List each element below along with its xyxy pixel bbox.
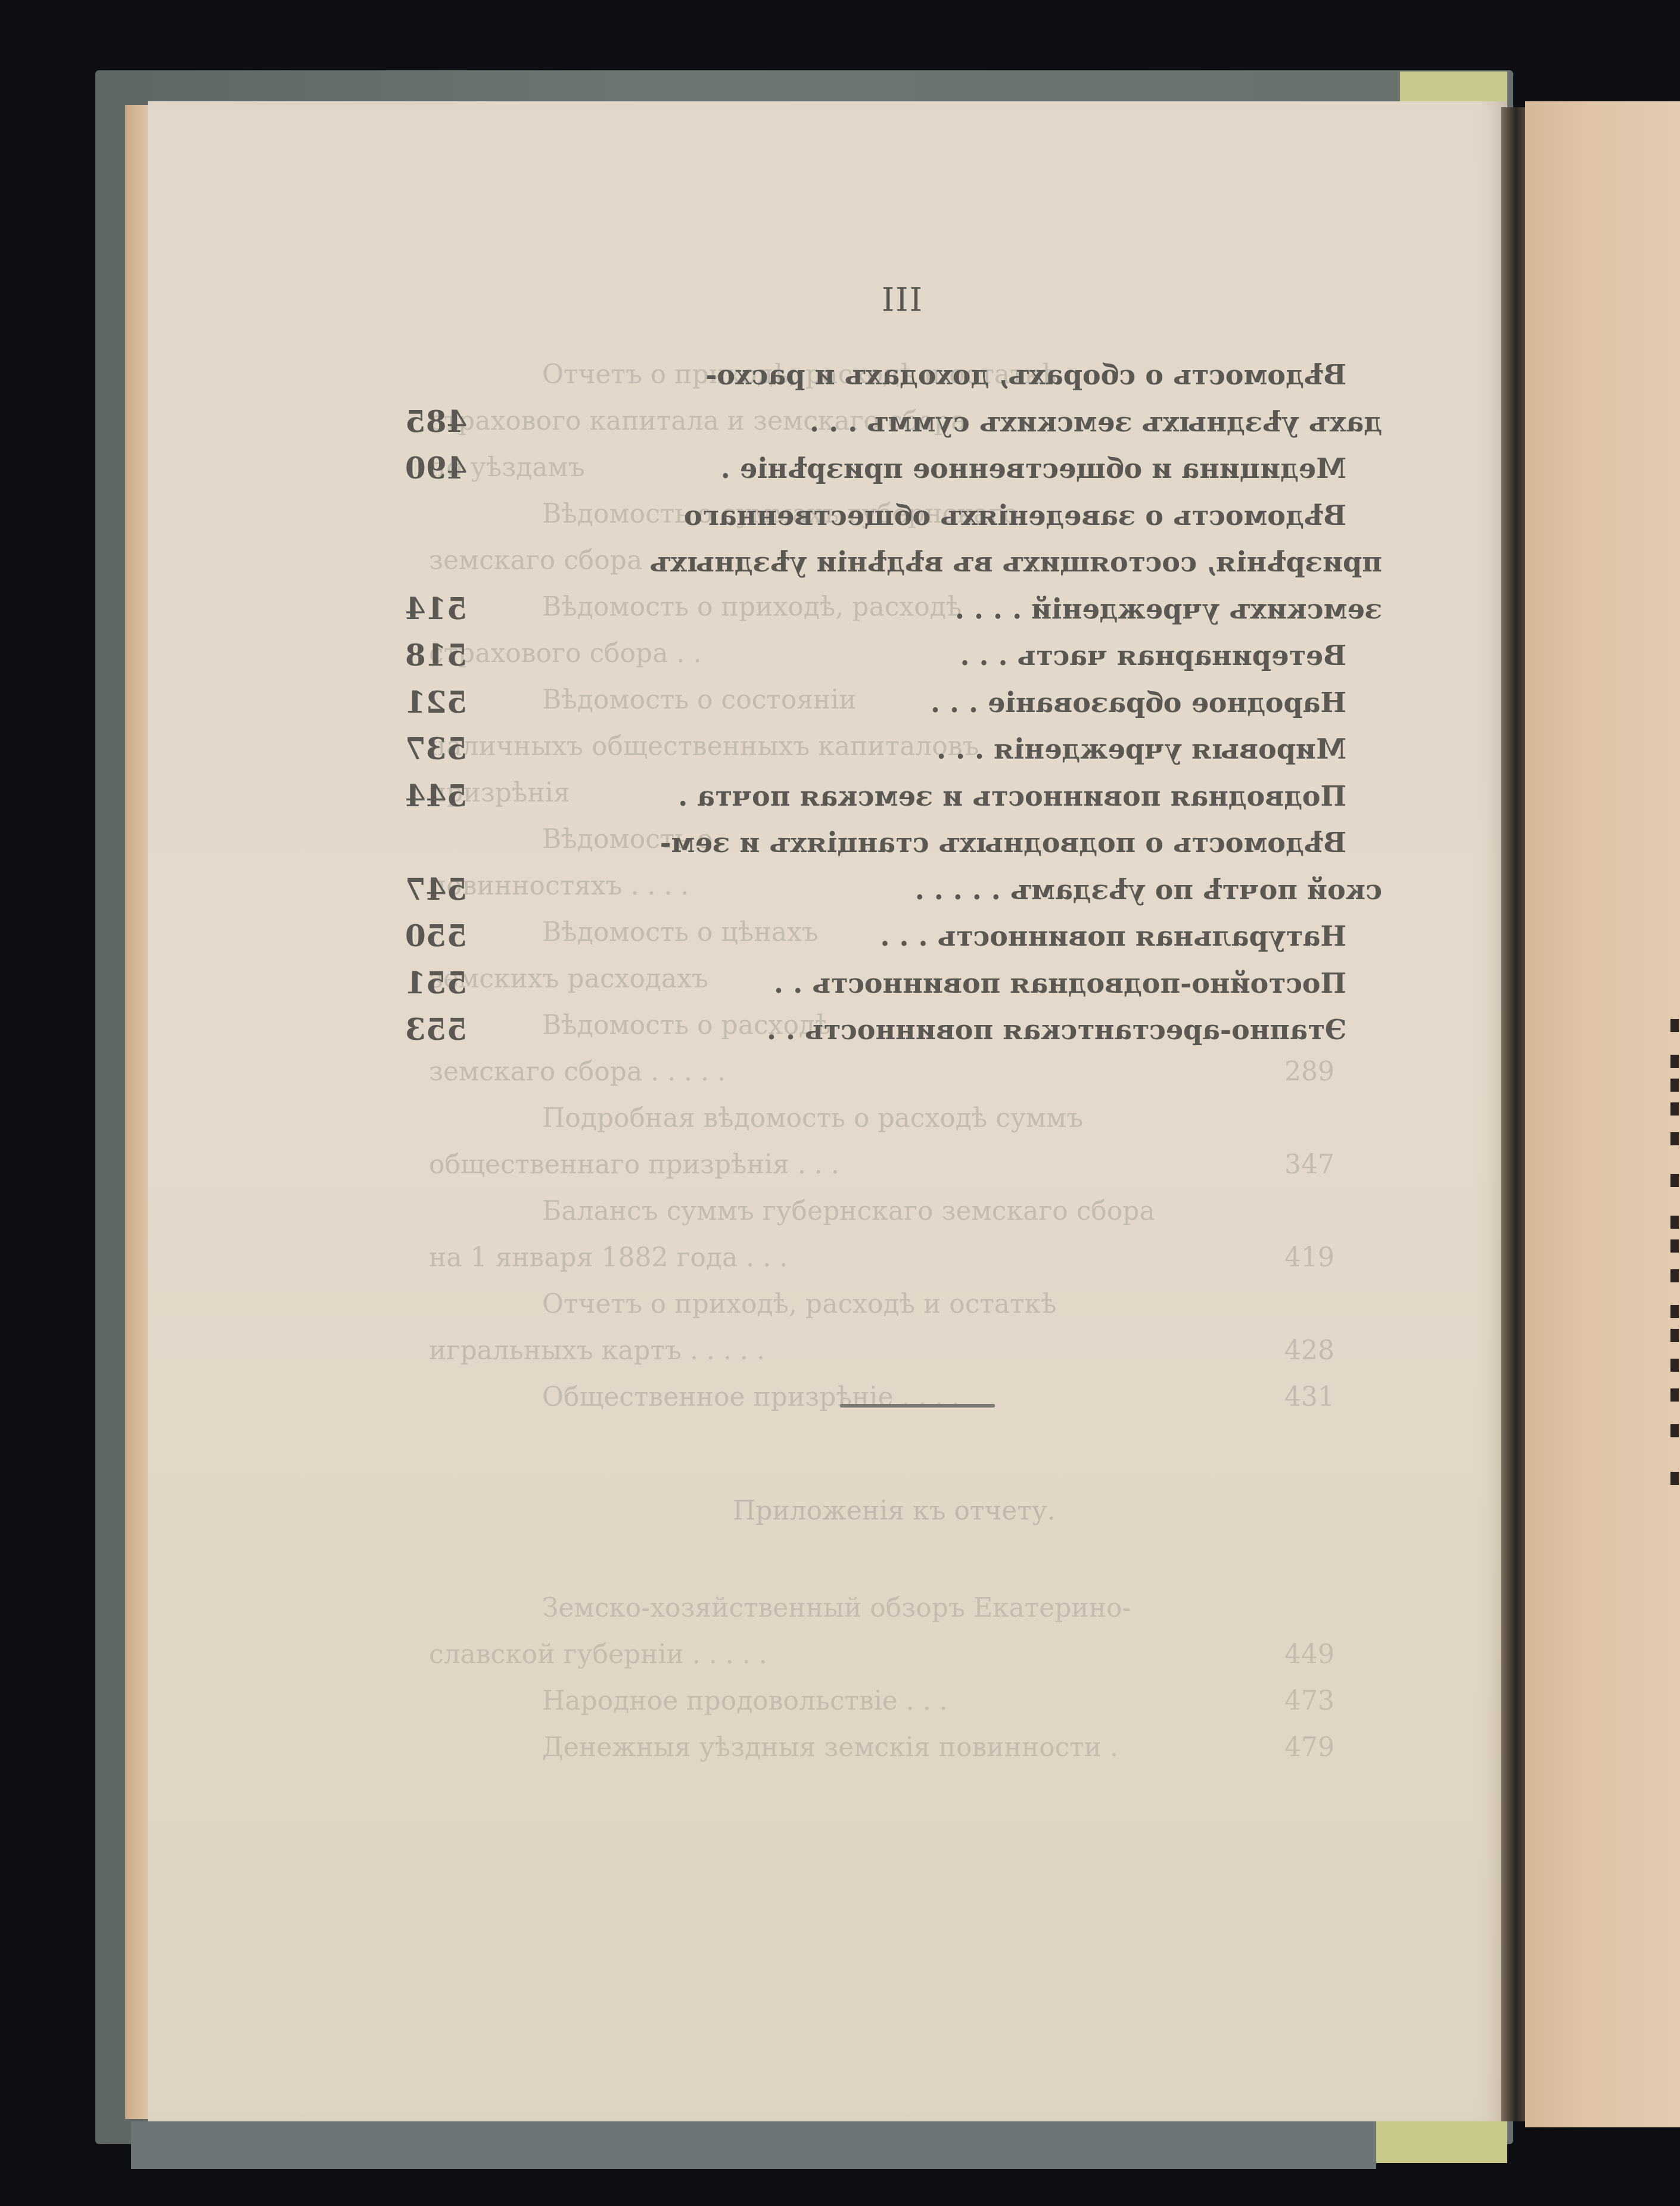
ghost-entry: Отчетъ о приходѣ, расходѣ и остаткѣ [429, 1281, 1334, 1328]
ghost-entry-page: 289 [1284, 1049, 1334, 1095]
show-through-heading: Приложенія къ отчету. [733, 1496, 1056, 1526]
ghost-entry-page: 347 [1284, 1142, 1334, 1188]
toc-entry-page: 518 [405, 632, 467, 679]
toc-entry-page: 544 [405, 773, 467, 820]
adjacent-page-letters [1662, 101, 1680, 2127]
toc-entry: Медицина и общественное призрѣніе .490 [405, 445, 1382, 492]
ghost-entry: Подробная вѣдомость о расходѣ суммъ [429, 1095, 1334, 1142]
toc-entry-page: 521 [405, 679, 467, 726]
toc-entry-text: Вѣдомость о заведеніяхъ общественнаго [684, 492, 1346, 539]
toc-entry-text: Мировыя учрежденія . . . [937, 726, 1346, 773]
ghost-appendix-entry-text: Земско-хозяйственный обзоръ Екатерино- [542, 1585, 1131, 1632]
toc-entry: Мировыя учрежденія . . .537 [405, 726, 1382, 773]
toc-entry-text: Этапно-арестантская повинность . . [767, 1006, 1346, 1054]
toc-entry-page: 514 [405, 586, 467, 633]
ghost-appendix-entry: Денежныя уѣздныя земскія повинности .479 [429, 1725, 1334, 1771]
ghost-entry-text: Балансъ суммъ губернскаго земскаго сбора [542, 1188, 1155, 1235]
ghost-entry: земскаго сбора . . . . .289 [429, 1049, 1334, 1095]
ghost-entry-text: Подробная вѣдомость о расходѣ суммъ [542, 1095, 1083, 1142]
ghost-appendix-entry: Земско-хозяйственный обзоръ Екатерино- [429, 1585, 1334, 1632]
toc-entry: Вѣдомость о заведеніяхъ общественнаго [405, 492, 1382, 539]
toc-entry: Вѣдомость о сборахъ, доходахъ и расхо- [405, 352, 1382, 399]
toc-entry-text: призрѣнія, состоящихъ въ вѣдѣніи уѣздных… [649, 539, 1382, 586]
toc-entry-text: Вѣдомость о сборахъ, доходахъ и расхо- [705, 352, 1346, 399]
cover-bottom-edge [131, 2121, 1376, 2169]
ghost-appendix-entry-text: славской губерніи . . . . . [429, 1632, 767, 1678]
toc-entry: Народное образованіе . . .521 [405, 679, 1382, 726]
ghost-appendix-entry-page: 449 [1284, 1632, 1334, 1678]
toc-entry: земскихъ учрежденій . . . .514 [405, 586, 1382, 633]
ghost-entry: игральныхъ картъ . . . . .428 [429, 1328, 1334, 1374]
ghost-entry-text: Отчетъ о приходѣ, расходѣ и остаткѣ [542, 1281, 1056, 1328]
toc-entry-text: Подводная повинность и земская почта . [678, 773, 1346, 820]
toc-entry: ской почтѣ по уѣздамъ . . . . .547 [405, 866, 1382, 914]
ghost-entry: Балансъ суммъ губернскаго земскаго сбора [429, 1188, 1334, 1235]
toc-entry-page: 485 [405, 399, 467, 446]
ghost-entry-page: 419 [1284, 1235, 1334, 1281]
toc-entry-page: 537 [405, 726, 467, 773]
ghost-entry-text: общественнаго призрѣнія . . . [429, 1142, 839, 1188]
ghost-entry-text: Общественное призрѣніе . . . . [542, 1374, 960, 1421]
toc-entry: Подводная повинность и земская почта .54… [405, 773, 1382, 820]
toc-entry-text: ской почтѣ по уѣздамъ . . . . . [915, 866, 1382, 914]
toc-entry-page: 490 [405, 445, 467, 492]
ghost-entry: Общественное призрѣніе . . . .431 [429, 1374, 1334, 1421]
toc-entry: Ветеринарная часть . . .518 [405, 632, 1382, 679]
toc-entry-page: 551 [405, 960, 467, 1007]
ghost-entry-page: 428 [1284, 1328, 1334, 1374]
ghost-entry-text: на 1 января 1882 года . . . [429, 1235, 788, 1281]
ghost-entry: общественнаго призрѣнія . . .347 [429, 1142, 1334, 1188]
section-divider [840, 1404, 995, 1408]
toc-entry-page: 553 [405, 1006, 467, 1054]
toc-entry-text: Постойно-подводная повинность . . [774, 960, 1346, 1007]
mirrored-table-of-contents: Вѣдомость о сборахъ, доходахъ и расхо-да… [405, 352, 1382, 1054]
toc-entry-text: Вѣдомость о подводныхъ станціяхъ и зем- [660, 819, 1346, 866]
ghost-entry-page: 431 [1284, 1374, 1334, 1421]
toc-entry: Натуральная повинность . . .550 [405, 913, 1382, 960]
ghost-appendix-entry-text: Денежныя уѣздныя земскія повинности . [542, 1725, 1118, 1771]
toc-entry-page: 550 [405, 913, 467, 960]
ghost-entry-text: игральныхъ картъ . . . . . [429, 1328, 765, 1374]
spine-tab-bottom [1376, 2121, 1507, 2163]
toc-entry-text: земскихъ учрежденій . . . . [955, 586, 1382, 633]
toc-entry-text: Ветеринарная часть . . . [960, 632, 1346, 679]
toc-entry-page: 547 [405, 866, 467, 914]
toc-entry-text: Народное образованіе . . . [931, 679, 1346, 726]
toc-entry: Вѣдомость о подводныхъ станціяхъ и зем- [405, 819, 1382, 866]
ghost-appendix-entry-page: 473 [1284, 1678, 1334, 1725]
toc-entry: Постойно-подводная повинность . .551 [405, 960, 1382, 1007]
show-through-appendix: Земско-хозяйственный обзоръ Екатерино-сл… [429, 1585, 1334, 1771]
toc-entry: дахъ уѣздныхъ земскихъ суммъ . . .485 [405, 399, 1382, 446]
adjacent-page [1525, 101, 1680, 2127]
ghost-appendix-entry-text: Народное продовольствіе . . . [542, 1678, 948, 1725]
ghost-appendix-entry: Народное продовольствіе . . .473 [429, 1678, 1334, 1725]
ghost-appendix-entry-page: 479 [1284, 1725, 1334, 1771]
toc-entry-text: Медицина и общественное призрѣніе . [721, 445, 1346, 492]
toc-entry-text: дахъ уѣздныхъ земскихъ суммъ . . . [810, 399, 1382, 446]
ghost-entry: на 1 января 1882 года . . .419 [429, 1235, 1334, 1281]
toc-entry-text: Натуральная повинность . . . [880, 913, 1346, 960]
page-number: III [882, 281, 923, 319]
ghost-entry-text: земскаго сбора . . . . . [429, 1049, 726, 1095]
toc-entry: Этапно-арестантская повинность . .553 [405, 1006, 1382, 1054]
toc-entry: призрѣнія, состоящихъ въ вѣдѣніи уѣздных… [405, 539, 1382, 586]
ghost-appendix-entry: славской губерніи . . . . .449 [429, 1632, 1334, 1678]
